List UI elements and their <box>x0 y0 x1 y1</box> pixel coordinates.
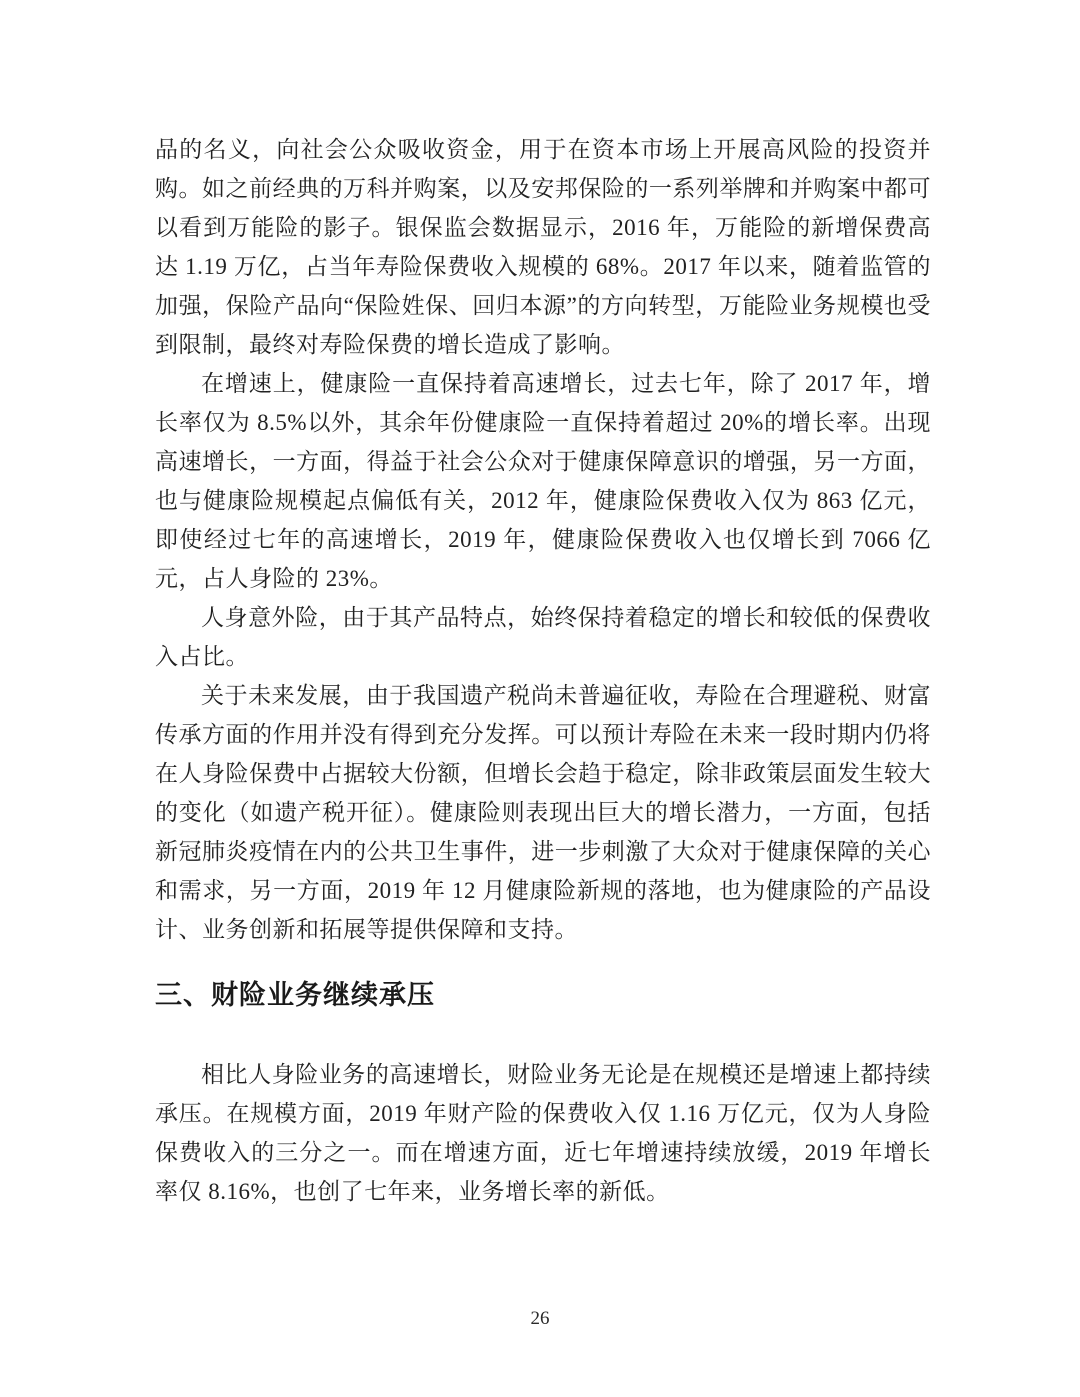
paragraph-property-insurance-pressure: 相比人身险业务的高速增长，财险业务无论是在规模还是增速上都持续承压。在规模方面，… <box>155 1055 931 1211</box>
text-block: 品的名义，向社会公众吸收资金，用于在资本市场上开展高风险的投资并购。如之前经典的… <box>155 130 931 1211</box>
document-page: 品的名义，向社会公众吸收资金，用于在资本市场上开展高风险的投资并购。如之前经典的… <box>0 0 1080 1397</box>
section-heading-property-insurance: 三、财险业务继续承压 <box>155 979 931 1011</box>
paragraph-future-development: 关于未来发展，由于我国遗产税尚未普遍征收，寿险在合理避税、财富传承方面的作用并没… <box>155 676 931 949</box>
paragraph-continuation: 品的名义，向社会公众吸收资金，用于在资本市场上开展高风险的投资并购。如之前经典的… <box>155 130 931 364</box>
page-number: 26 <box>0 1308 1080 1330</box>
paragraph-accident-insurance: 人身意外险，由于其产品特点，始终保持着稳定的增长和较低的保费收入占比。 <box>155 598 931 676</box>
paragraph-health-insurance-growth: 在增速上，健康险一直保持着高速增长，过去七年，除了 2017 年，增长率仅为 8… <box>155 364 931 598</box>
